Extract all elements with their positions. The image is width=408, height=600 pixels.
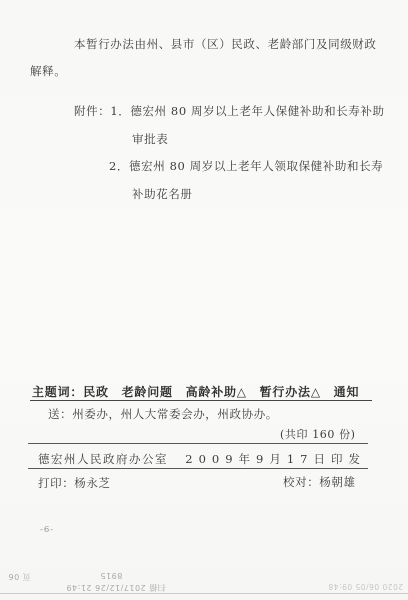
attachment-2-number: 2．: [109, 159, 129, 173]
attachment-label: 附件：: [74, 104, 110, 118]
scan-stamp-timestamp: 扫描 2017/12/26 21:49: [66, 582, 166, 593]
subject-underline: [30, 400, 372, 401]
attachment-1-number: 1．: [110, 104, 130, 118]
subject-terms: 民政 老龄问题 高龄补助△ 暂行办法△ 通知: [83, 385, 359, 399]
page-number: -6-: [40, 525, 54, 535]
scan-stamp-number: 8915: [100, 571, 122, 580]
attachment-2-title: 德宏州 80 周岁以上老年人领取保健补助和长寿: [129, 159, 383, 173]
printer-name: 打印：杨永芝: [38, 475, 111, 491]
attachment-1-title: 德宏州 80 周岁以上老年人保健补助和长寿补助: [130, 104, 384, 118]
paragraph-line-1: 本暂行办法由州、县市（区）民政、老龄部门及同级财政: [74, 36, 377, 52]
subject-label: 主题词：: [32, 385, 83, 399]
print-date: 2009年9月17日印发: [185, 451, 366, 467]
attachment-item-1-line-1: 附件：1．德宏州 80 周岁以上老年人保健补助和长寿补助: [74, 103, 385, 119]
copies-note: (共印 160 份): [280, 426, 356, 442]
scan-stamp-right-timestamp: 2020 06/05 09:48: [328, 582, 403, 591]
issuing-office: 德宏州人民政府办公室: [38, 451, 168, 467]
attachment-item-2-line-1: 2．德宏州 80 周岁以上老年人领取保健补助和长寿: [109, 158, 383, 174]
attachment-item-1-line-2: 审批表: [132, 131, 168, 147]
proofreader-name: 校对：杨朝雄: [283, 474, 356, 490]
scanned-document-page: 本暂行办法由州、县市（区）民政、老龄部门及同级财政 解释。 附件：1．德宏州 8…: [0, 0, 408, 600]
cc-line: 送：州委办，州人大常委会办，州政协办。: [48, 406, 278, 422]
scan-stamp-left: 页 06: [8, 571, 31, 582]
subject-words-row: 主题词：民政 老龄问题 高龄补助△ 暂行办法△ 通知: [32, 383, 359, 400]
paragraph-line-2: 解释。: [30, 63, 66, 79]
scan-edge-line: [0, 593, 408, 594]
footer-rule-bottom: [28, 468, 368, 469]
footer-rule-top: [28, 443, 368, 444]
attachment-item-2-line-2: 补助花名册: [132, 186, 193, 202]
